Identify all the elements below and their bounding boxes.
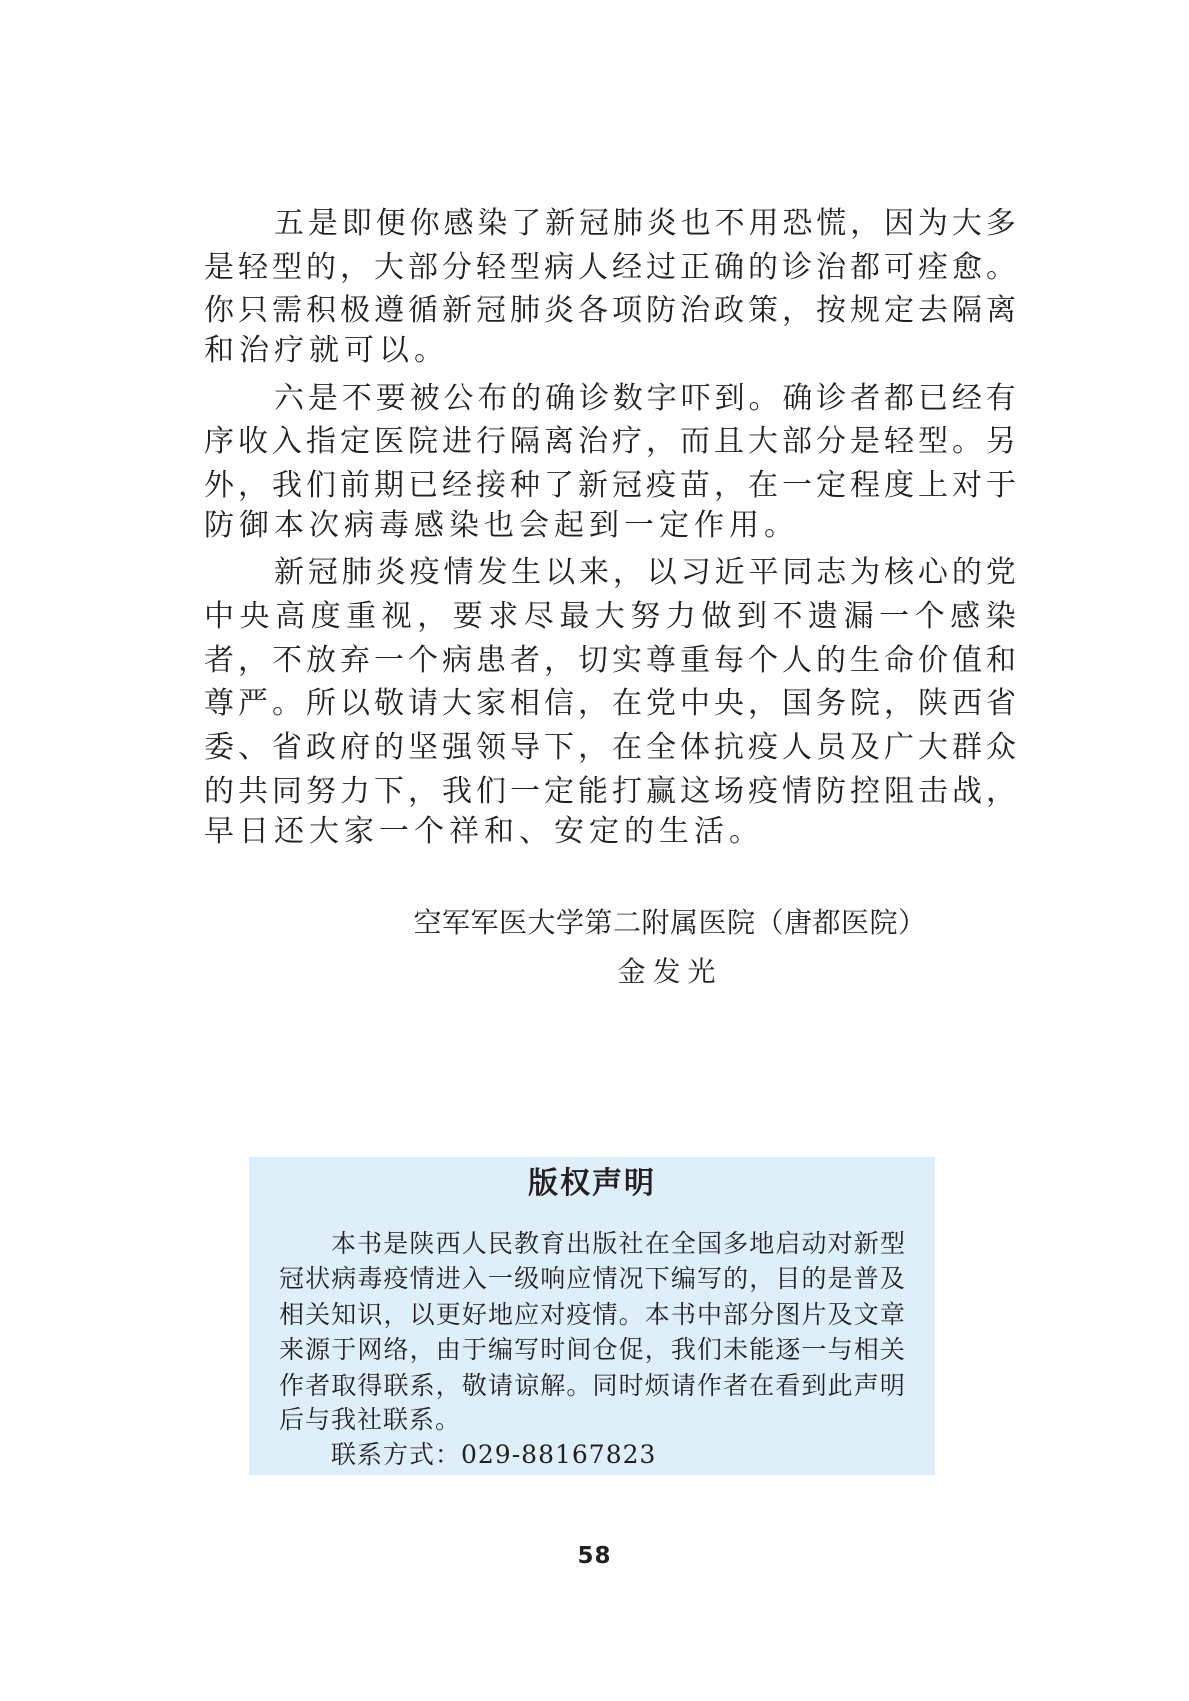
page-number: 58	[0, 1543, 1189, 1569]
text-line: 中央高度重视，要求尽最大努力做到不遗漏一个感染	[204, 591, 1016, 635]
text-line: 早日还大家一个祥和、安定的生活。	[204, 810, 1016, 854]
signature-author: 金发光	[380, 950, 960, 994]
signature-affiliation: 空军军医大学第二附属医院（唐都医院）	[380, 901, 960, 945]
copyright-title: 版权声明	[279, 1166, 905, 1202]
text-line: 后与我社联系。	[279, 1402, 905, 1438]
text-line: 尊严。所以敬请大家相信，在党中央，国务院，陕西省	[204, 679, 1016, 723]
text-line: 相关知识，以更好地应对疫情。本书中部分图片及文章	[279, 1295, 905, 1331]
text-line: 你只需积极遵循新冠肺炎各项防治政策，按规定去隔离	[204, 285, 1016, 329]
text-line: 委、省政府的坚强领导下，在全体抗疫人员及广大群众	[204, 722, 1016, 766]
text-line: 防御本次病毒感染也会起到一定作用。	[204, 504, 1016, 548]
text-line: 联系方式：029-88167823	[279, 1437, 905, 1473]
text-line: 冠状病毒疫情进入一级响应情况下编写的，目的是普及	[279, 1260, 905, 1296]
text-line: 六是不要被公布的确诊数字吓到。确诊者都已经有	[204, 373, 1016, 417]
text-line: 本书是陕西人民教育出版社在全国多地启动对新型	[279, 1224, 905, 1260]
text-line: 外，我们前期已经接种了新冠疫苗，在一定程度上对于	[204, 460, 1016, 504]
paragraph: 本书是陕西人民教育出版社在全国多地启动对新型冠状病毒疫情进入一级响应情况下编写的…	[279, 1224, 905, 1437]
copyright-body: 本书是陕西人民教育出版社在全国多地启动对新型冠状病毒疫情进入一级响应情况下编写的…	[279, 1224, 905, 1473]
text-line: 序收入指定医院进行隔离治疗，而且大部分是轻型。另	[204, 416, 1016, 460]
paragraph: 联系方式：029-88167823	[279, 1437, 905, 1473]
paragraph: 新冠肺炎疫情发生以来，以习近平同志为核心的党中央高度重视，要求尽最大努力做到不遗…	[204, 548, 1016, 854]
document-page: 五是即便你感染了新冠肺炎也不用恐慌，因为大多是轻型的，大部分轻型病人经过正确的诊…	[0, 0, 1189, 1701]
paragraph: 五是即便你感染了新冠肺炎也不用恐慌，因为大多是轻型的，大部分轻型病人经过正确的诊…	[204, 198, 1016, 373]
text-line: 者，不放弃一个病患者，切实尊重每个人的生命价值和	[204, 635, 1016, 679]
signature-block: 空军军医大学第二附属医院（唐都医院） 金发光	[380, 901, 960, 994]
text-line: 来源于网络，由于编写时间仓促，我们未能逐一与相关	[279, 1331, 905, 1367]
text-line: 五是即便你感染了新冠肺炎也不用恐慌，因为大多	[204, 198, 1016, 242]
text-line: 和治疗就可以。	[204, 329, 1016, 373]
text-line: 作者取得联系，敬请谅解。同时烦请作者在看到此声明	[279, 1366, 905, 1402]
text-line: 新冠肺炎疫情发生以来，以习近平同志为核心的党	[204, 548, 1016, 592]
text-line: 的共同努力下，我们一定能打赢这场疫情防控阻击战，	[204, 766, 1016, 810]
copyright-notice-box: 版权声明 本书是陕西人民教育出版社在全国多地启动对新型冠状病毒疫情进入一级响应情…	[249, 1157, 935, 1475]
paragraph: 六是不要被公布的确诊数字吓到。确诊者都已经有序收入指定医院进行隔离治疗，而且大部…	[204, 373, 1016, 548]
text-line: 是轻型的，大部分轻型病人经过正确的诊治都可痊愈。	[204, 242, 1016, 286]
main-text: 五是即便你感染了新冠肺炎也不用恐慌，因为大多是轻型的，大部分轻型病人经过正确的诊…	[204, 198, 1016, 853]
